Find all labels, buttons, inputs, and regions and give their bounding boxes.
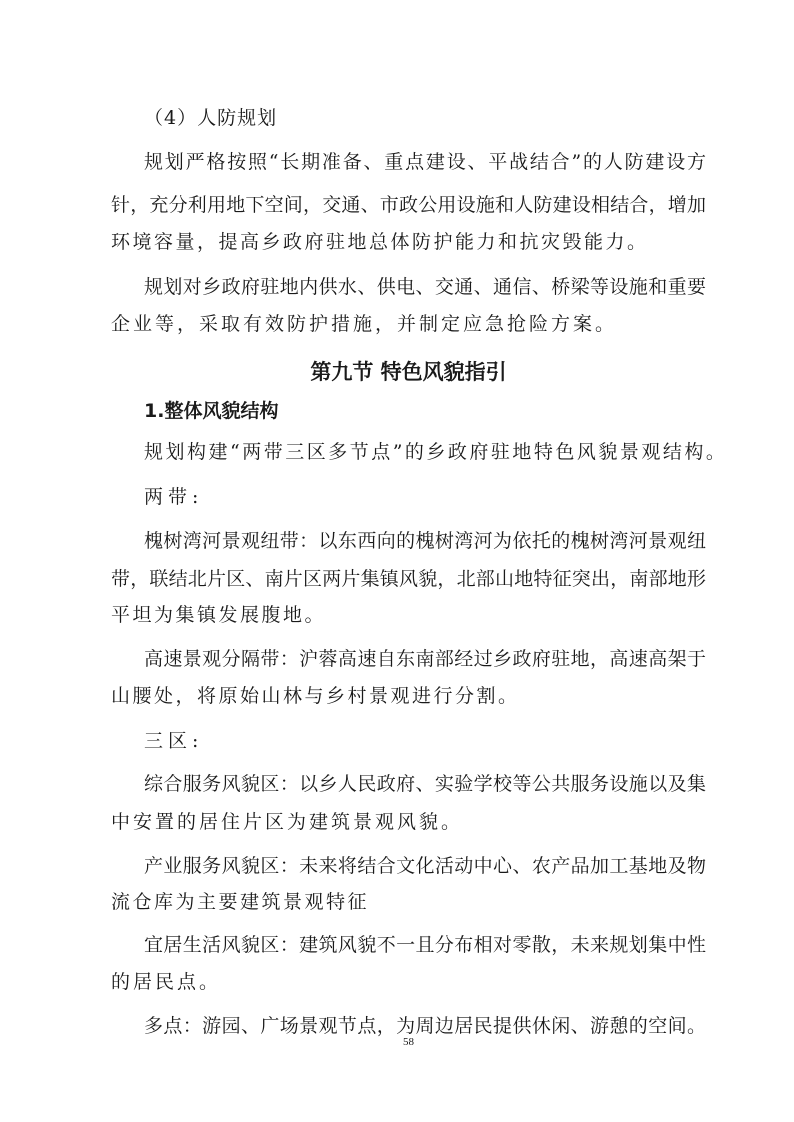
paragraph-line: 企业等，采取有效防护措施，并制定应急抢险方案。: [111, 312, 706, 336]
paragraph-line: 产业服务风貌区：未来将结合文化活动中心、农产品加工基地及物: [111, 854, 706, 878]
paragraph-line: 针，充分利用地下空间，交通、市政公用设施和人防建设相结合，增加: [111, 193, 706, 217]
paragraph-line: 流仓库为主要建筑景观特征: [111, 890, 706, 914]
page-number: 58: [111, 1036, 706, 1048]
paragraph-line: 规划对乡政府驻地内供水、供电、交通、通信、桥梁等设施和重要: [111, 275, 706, 299]
chapter-title: 第九节 特色风貌指引: [111, 356, 706, 386]
paragraph-line: 平坦为集镇发展腹地。: [111, 603, 706, 627]
subheading: 1.整体风貌结构: [144, 396, 278, 423]
paragraph-line: 综合服务风貌区：以乡人民政府、实验学校等公共服务设施以及集: [111, 772, 706, 796]
paragraph-line: 中安置的居住片区为建筑景观风貌。: [111, 810, 706, 834]
paragraph-line: 高速景观分隔带：沪蓉高速自东南部经过乡政府驻地，高速高架于: [111, 647, 706, 671]
paragraph-line: 槐树湾河景观纽带：以东西向的槐树湾河为依托的槐树湾河景观纽: [111, 529, 706, 553]
paragraph-line: 规划严格按照“长期准备、重点建设、平战结合”的人防建设方: [111, 150, 706, 174]
paragraph-line: 山腰处，将原始山林与乡村景观进行分割。: [111, 684, 706, 708]
paragraph-line: 规划构建“两带三区多节点”的乡政府驻地特色风貌景观结构。: [111, 440, 706, 464]
list-label: 两带:: [111, 485, 706, 509]
paragraph-line: 宜居生活风貌区：建筑风貌不一且分布相对零散，未来规划集中性: [111, 933, 706, 957]
paragraph-line: 多点：游园、广场景观节点，为周边居民提供休闲、游憩的空间。: [111, 1014, 706, 1038]
paragraph-line: 环境容量，提高乡政府驻地总体防护能力和抗灾毁能力。: [111, 230, 706, 254]
paragraph-line: 带，联结北片区、南片区两片集镇风貌，北部山地特征突出，南部地形: [111, 567, 706, 591]
list-label: 三区:: [111, 729, 706, 753]
paragraph-line: 的居民点。: [111, 970, 706, 994]
section-heading: （4）人防规划: [111, 106, 706, 130]
